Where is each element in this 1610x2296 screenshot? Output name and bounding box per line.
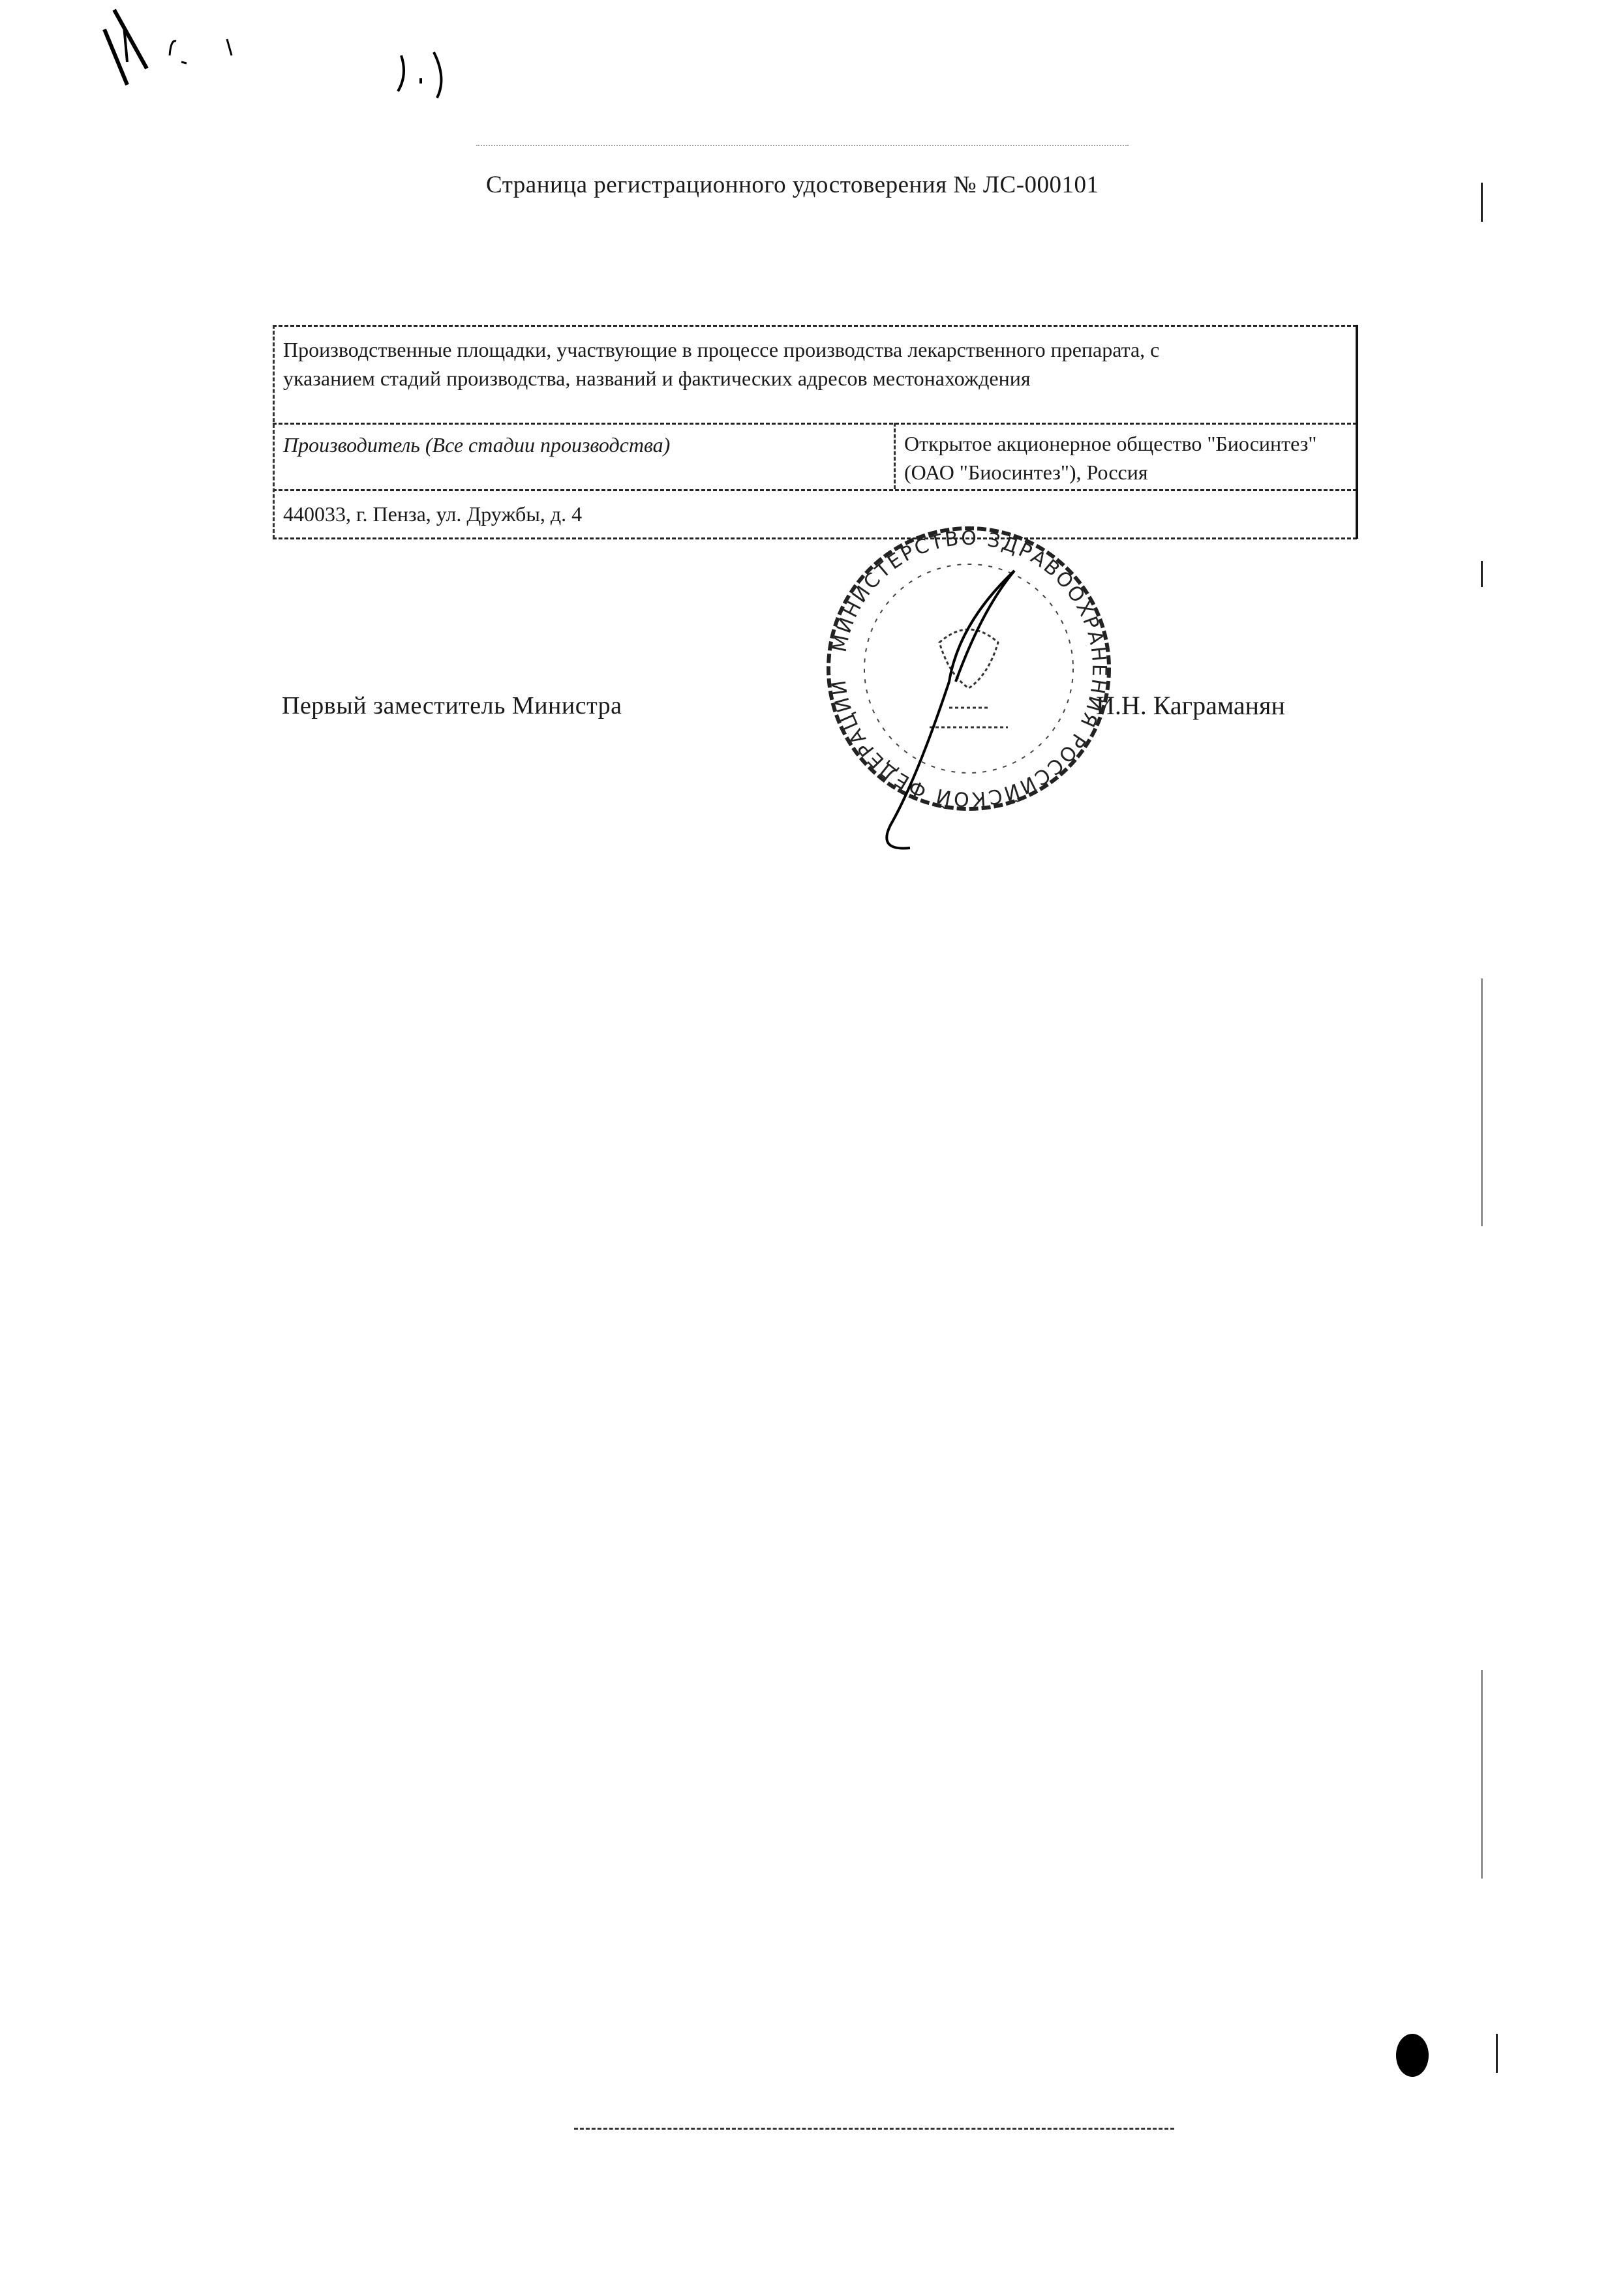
- table-border-left: [273, 325, 275, 539]
- table-border-top: [273, 325, 1357, 327]
- table-column-divider: [894, 423, 896, 489]
- table-border-right: [1356, 325, 1358, 539]
- table-heading: Производственные площадки, участвующие в…: [283, 335, 1229, 393]
- handwritten-tick-icon: [163, 23, 241, 68]
- scan-noise-line: [476, 145, 1129, 150]
- scan-noise: [1496, 2034, 1498, 2073]
- table-cell-company: Открытое акционерное общество "Биосинтез…: [904, 429, 1335, 487]
- scan-noise-bottom: [574, 2128, 1174, 2130]
- stamp-seal-icon: МИНИСТЕРСТВО ЗДРАВООХРАНЕНИЯ РОССИЙСКОЙ …: [819, 519, 1119, 858]
- handwritten-mark-middle: [163, 23, 241, 68]
- handwritten-mark-right: [391, 46, 470, 104]
- official-stamp: МИНИСТЕРСТВО ЗДРАВООХРАНЕНИЯ РОССИЙСКОЙ …: [819, 519, 1119, 819]
- scan-noise: [1481, 1670, 1483, 1879]
- signatory-position: Первый заместитель Министра: [282, 691, 622, 720]
- svg-text:МИНИСТЕРСТВО ЗДРАВООХРАНЕНИЯ Р: МИНИСТЕРСТВО ЗДРАВООХРАНЕНИЯ РОССИЙСКОЙ …: [827, 527, 1110, 811]
- handwritten-bracket-icon: [391, 46, 470, 104]
- scan-noise: [1481, 183, 1483, 222]
- table-cell-stage: Производитель (Все стадии производства): [283, 430, 883, 459]
- table-border-bottom: [273, 537, 1357, 539]
- table-divider-1: [273, 423, 1357, 425]
- table-divider-2: [273, 489, 1357, 491]
- scan-noise: [1481, 978, 1483, 1226]
- production-sites-table: Производственные площадки, участвующие в…: [273, 325, 1357, 539]
- signatory-name: И.Н. Каграманян: [1096, 690, 1285, 721]
- punch-hole-mark: [1396, 2034, 1429, 2077]
- scan-noise: [1481, 561, 1483, 587]
- page-title: Страница регистрационного удостоверения …: [486, 171, 1099, 199]
